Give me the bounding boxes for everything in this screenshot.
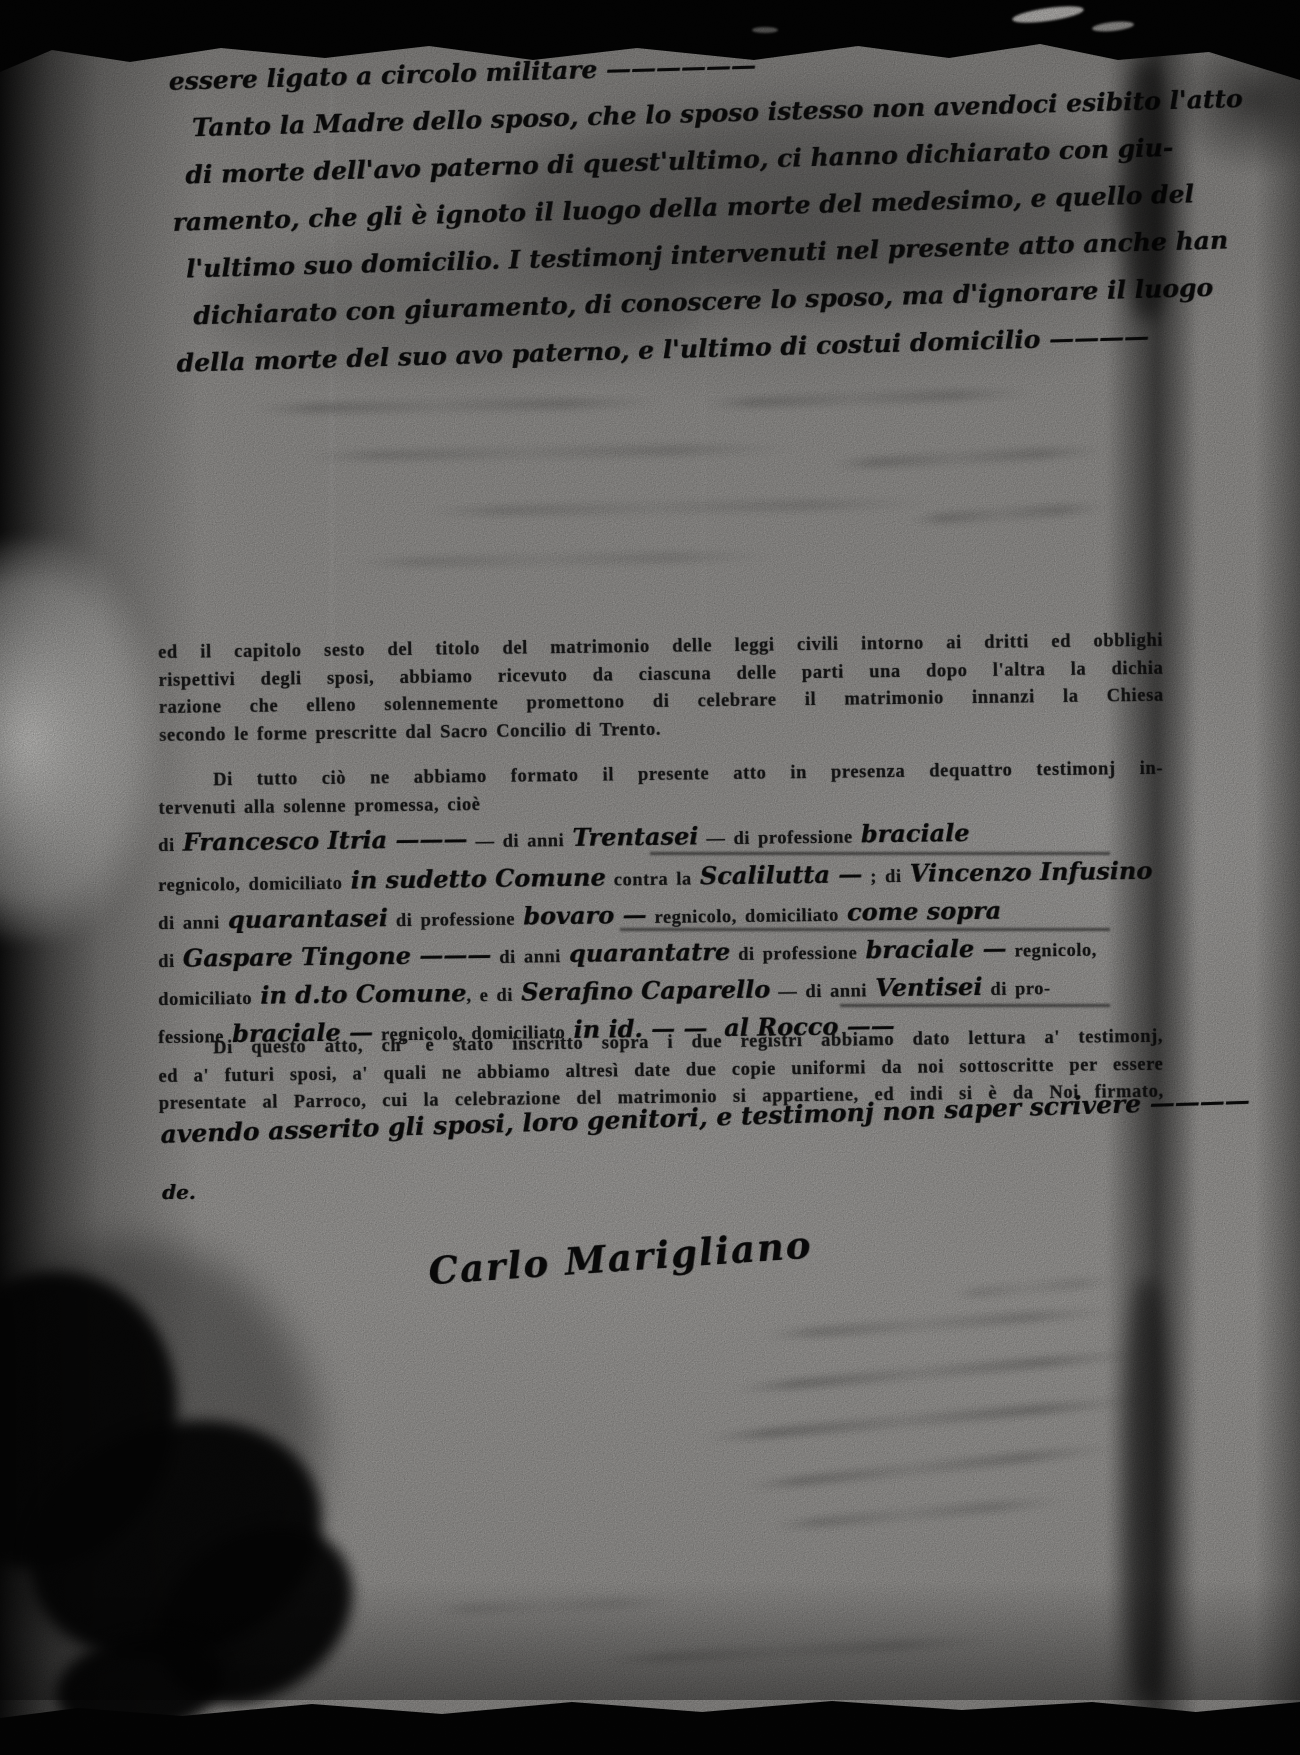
printed-text-segment: , e di <box>466 986 521 1008</box>
printed-text-segment: ; di <box>862 867 910 889</box>
bottom-edge-shadow <box>0 1580 1300 1700</box>
printed-clause: ed il capitolo sesto del titolo del matr… <box>158 628 1164 750</box>
handwritten-text-segment: Gaspare Tingone ——— <box>183 940 492 973</box>
handwritten-text-segment: Scalilutta — <box>700 859 863 890</box>
handwritten-text-segment: braciale <box>861 818 970 848</box>
printed-text-segment: contra la <box>606 869 700 891</box>
handwritten-text-segment: Francesco Itria ——— <box>183 824 468 856</box>
torn-edge-highlight <box>0 540 160 940</box>
ink-strike <box>620 928 1110 931</box>
printed-text-segment: di professione <box>730 943 866 966</box>
handwritten-text-segment: quarantasei <box>228 903 388 934</box>
handwritten-text-segment: bovaro — <box>523 900 647 931</box>
printed-text-segment: di pro- <box>982 979 1051 1001</box>
white-speck <box>752 27 778 33</box>
handwritten-annotation: essere ligato a circolo militare —————— … <box>168 30 1177 387</box>
handwritten-text-segment: braciale — <box>865 934 1006 965</box>
ink-strike <box>840 1004 1110 1007</box>
printed-text-segment: regnicolo, domiciliato <box>646 906 847 929</box>
handwritten-text-segment: quarantatre <box>569 937 730 968</box>
handwritten-text-segment: in sudetto Comune <box>350 863 605 895</box>
binding-gutter-shadow <box>1124 60 1170 320</box>
printed-text-segment: — di professione <box>698 827 861 850</box>
right-edge-shadow <box>1255 0 1300 1755</box>
handwritten-text-segment: Trentasei <box>572 821 698 852</box>
handwritten-text-segment: come sopra <box>847 896 1001 927</box>
printed-text-segment: — di anni <box>770 981 875 1003</box>
printed-text-segment: regnicolo, <box>1006 941 1097 963</box>
printed-text-segment: di professione <box>388 910 524 933</box>
handwritten-text-segment: in d.to Comune <box>260 978 467 1010</box>
ink-strike <box>650 852 1110 855</box>
handwritten-text-segment: Serafino Caparello <box>521 975 771 1007</box>
handwritten-text-segment: Ventisei <box>875 972 983 1002</box>
printed-text-segment: — di anni <box>467 831 572 853</box>
printed-text-segment: di anni <box>491 947 569 969</box>
scanned-page: essere ligato a circolo militare —————— … <box>0 0 1300 1755</box>
